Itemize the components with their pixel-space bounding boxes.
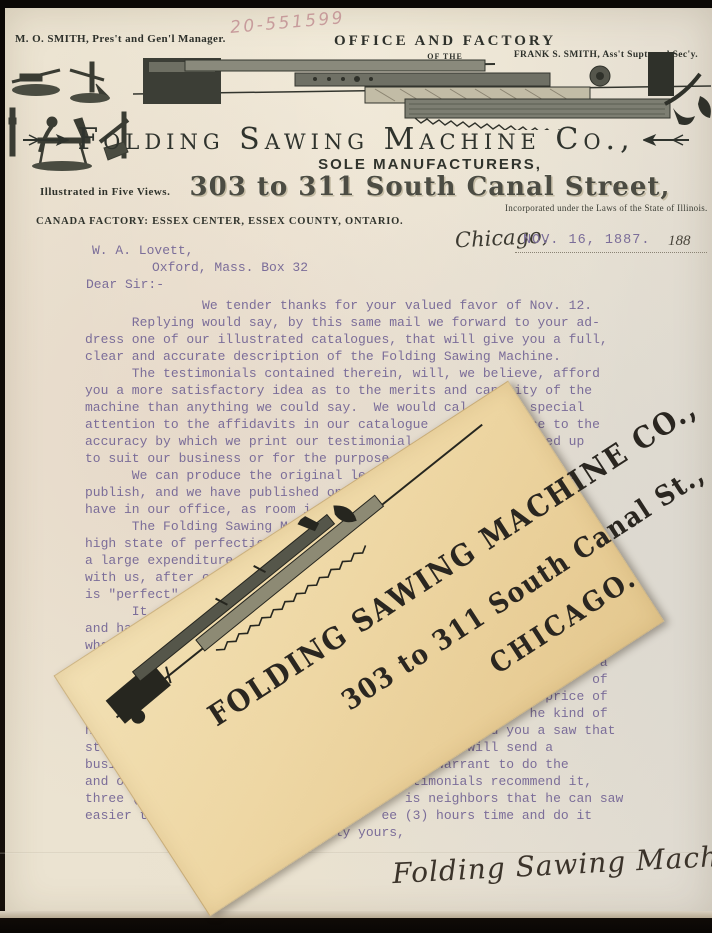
salutation: Dear Sir:- [86,277,164,292]
paper-bottom-edge [0,911,712,918]
arrow-flourish-left [23,132,69,148]
letter-line: The testimonials contained therein, will… [85,365,665,382]
canada-factory-line: CANADA FACTORY: ESSEX CENTER, ESSEX COUN… [36,216,403,227]
manager-credit: M. O. SMITH, Pres't and Gen'l Manager. [15,33,226,45]
street-address-line: 303 to 311 South Canal Street, [150,172,710,202]
recipient-address: Oxford, Mass. Box 32 [152,260,308,275]
letter-line: Replying would say, by this same mail we… [85,314,665,331]
incorporated-line: Incorporated under the Laws of the State… [505,203,708,213]
sawing-machine-engraving [125,46,712,130]
letter-line: accuracy by which we print our testimoni… [85,433,665,450]
sole-manufacturers-line: SOLE MANUFACTURERS, [130,156,712,173]
recipient-name: W. A. Lovett, [92,243,193,258]
dateline-typed-date: NOV. 16, 1887. [523,233,650,248]
letter-line: dress one of our illustrated catalogues,… [85,331,665,348]
letter-line: clear and accurate description of the Fo… [85,348,665,365]
company-name-title: Folding Sawing Machine Co., [77,122,634,157]
letter-line: you a more satisfactory idea as to the m… [85,382,665,399]
letter-line: machine than anything we could say. We w… [85,399,665,416]
letter-photo: 20-551599 M. O. SMITH, Pres't and Gen'l … [0,0,712,933]
dateline-printed-year: 188 [668,233,691,250]
letter-line: We tender thanks for your valued favor o… [85,297,665,314]
letter-line: attention to the affidavits in our catal… [85,416,665,433]
arrow-flourish-right [643,132,689,148]
